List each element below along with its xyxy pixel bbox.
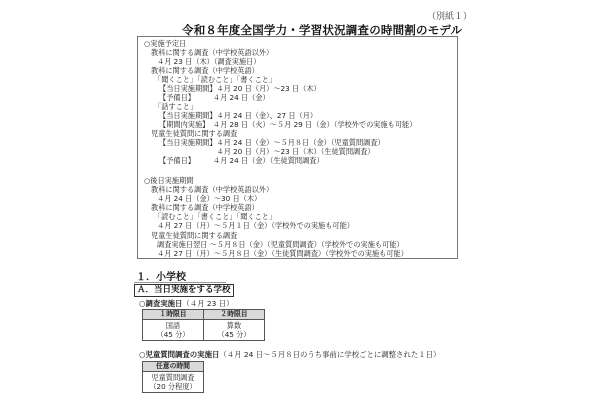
timetable-cell: 算数 （45 分）: [204, 320, 265, 341]
schedule-line: 【予備日】 ４月 24 日（金）（生徒質問調査）: [159, 156, 324, 166]
question-day-note: （４月 24 日～５月８日のうち事前に学校ごとに調整された１日）: [219, 350, 440, 359]
question-day-label: ○児童質問調査の実施日: [139, 350, 219, 359]
timetable-header: ２時限目: [204, 310, 265, 320]
subject: 国語: [143, 321, 203, 330]
schedule-line: ４月 27 日（月）～５月８日（金）（生徒質問調査）（学校外での実施も可能）: [157, 249, 408, 259]
timetable-header: １時限目: [143, 310, 204, 320]
survey-day-date: （４月 23 日）: [182, 299, 233, 308]
timetable: １時限目 ２時限目 国語 （45 分） 算数 （45 分）: [142, 309, 265, 341]
section-underline: [134, 282, 226, 283]
question-survey-day: ○児童質問調査の実施日（４月 24 日～５月８日のうち事前に学校ごとに調整された…: [139, 349, 440, 360]
question-table-cell: 児童質問調査 （20 分程度）: [143, 372, 204, 393]
subject: 算数: [204, 321, 264, 330]
schedule-line: ４月 27 日（月）～５月１日（金）（学校外での実施も可能）: [157, 221, 354, 231]
duration: （45 分）: [204, 330, 264, 339]
section-title: １．小学校: [136, 268, 186, 283]
survey-day: ○調査実施日（４月 23 日）: [139, 298, 233, 309]
duration: （20 分程度）: [143, 382, 203, 391]
subject: 児童質問調査: [143, 373, 203, 382]
question-table-header: 任意の時間: [143, 362, 204, 372]
duration: （45 分）: [143, 330, 203, 339]
survey-day-label: ○調査実施日: [139, 299, 182, 308]
annex-label: （別紙１）: [427, 9, 472, 22]
question-timetable: 任意の時間 児童質問調査 （20 分程度）: [142, 361, 204, 393]
schedule-box: ○実施予定日 教科に関する調査（中学校英語以外） ４月 23 日（木）（調査実施…: [137, 36, 458, 259]
timetable-cell: 国語 （45 分）: [143, 320, 204, 341]
subsection-title: Ａ．当日実施をする学校: [134, 284, 234, 297]
